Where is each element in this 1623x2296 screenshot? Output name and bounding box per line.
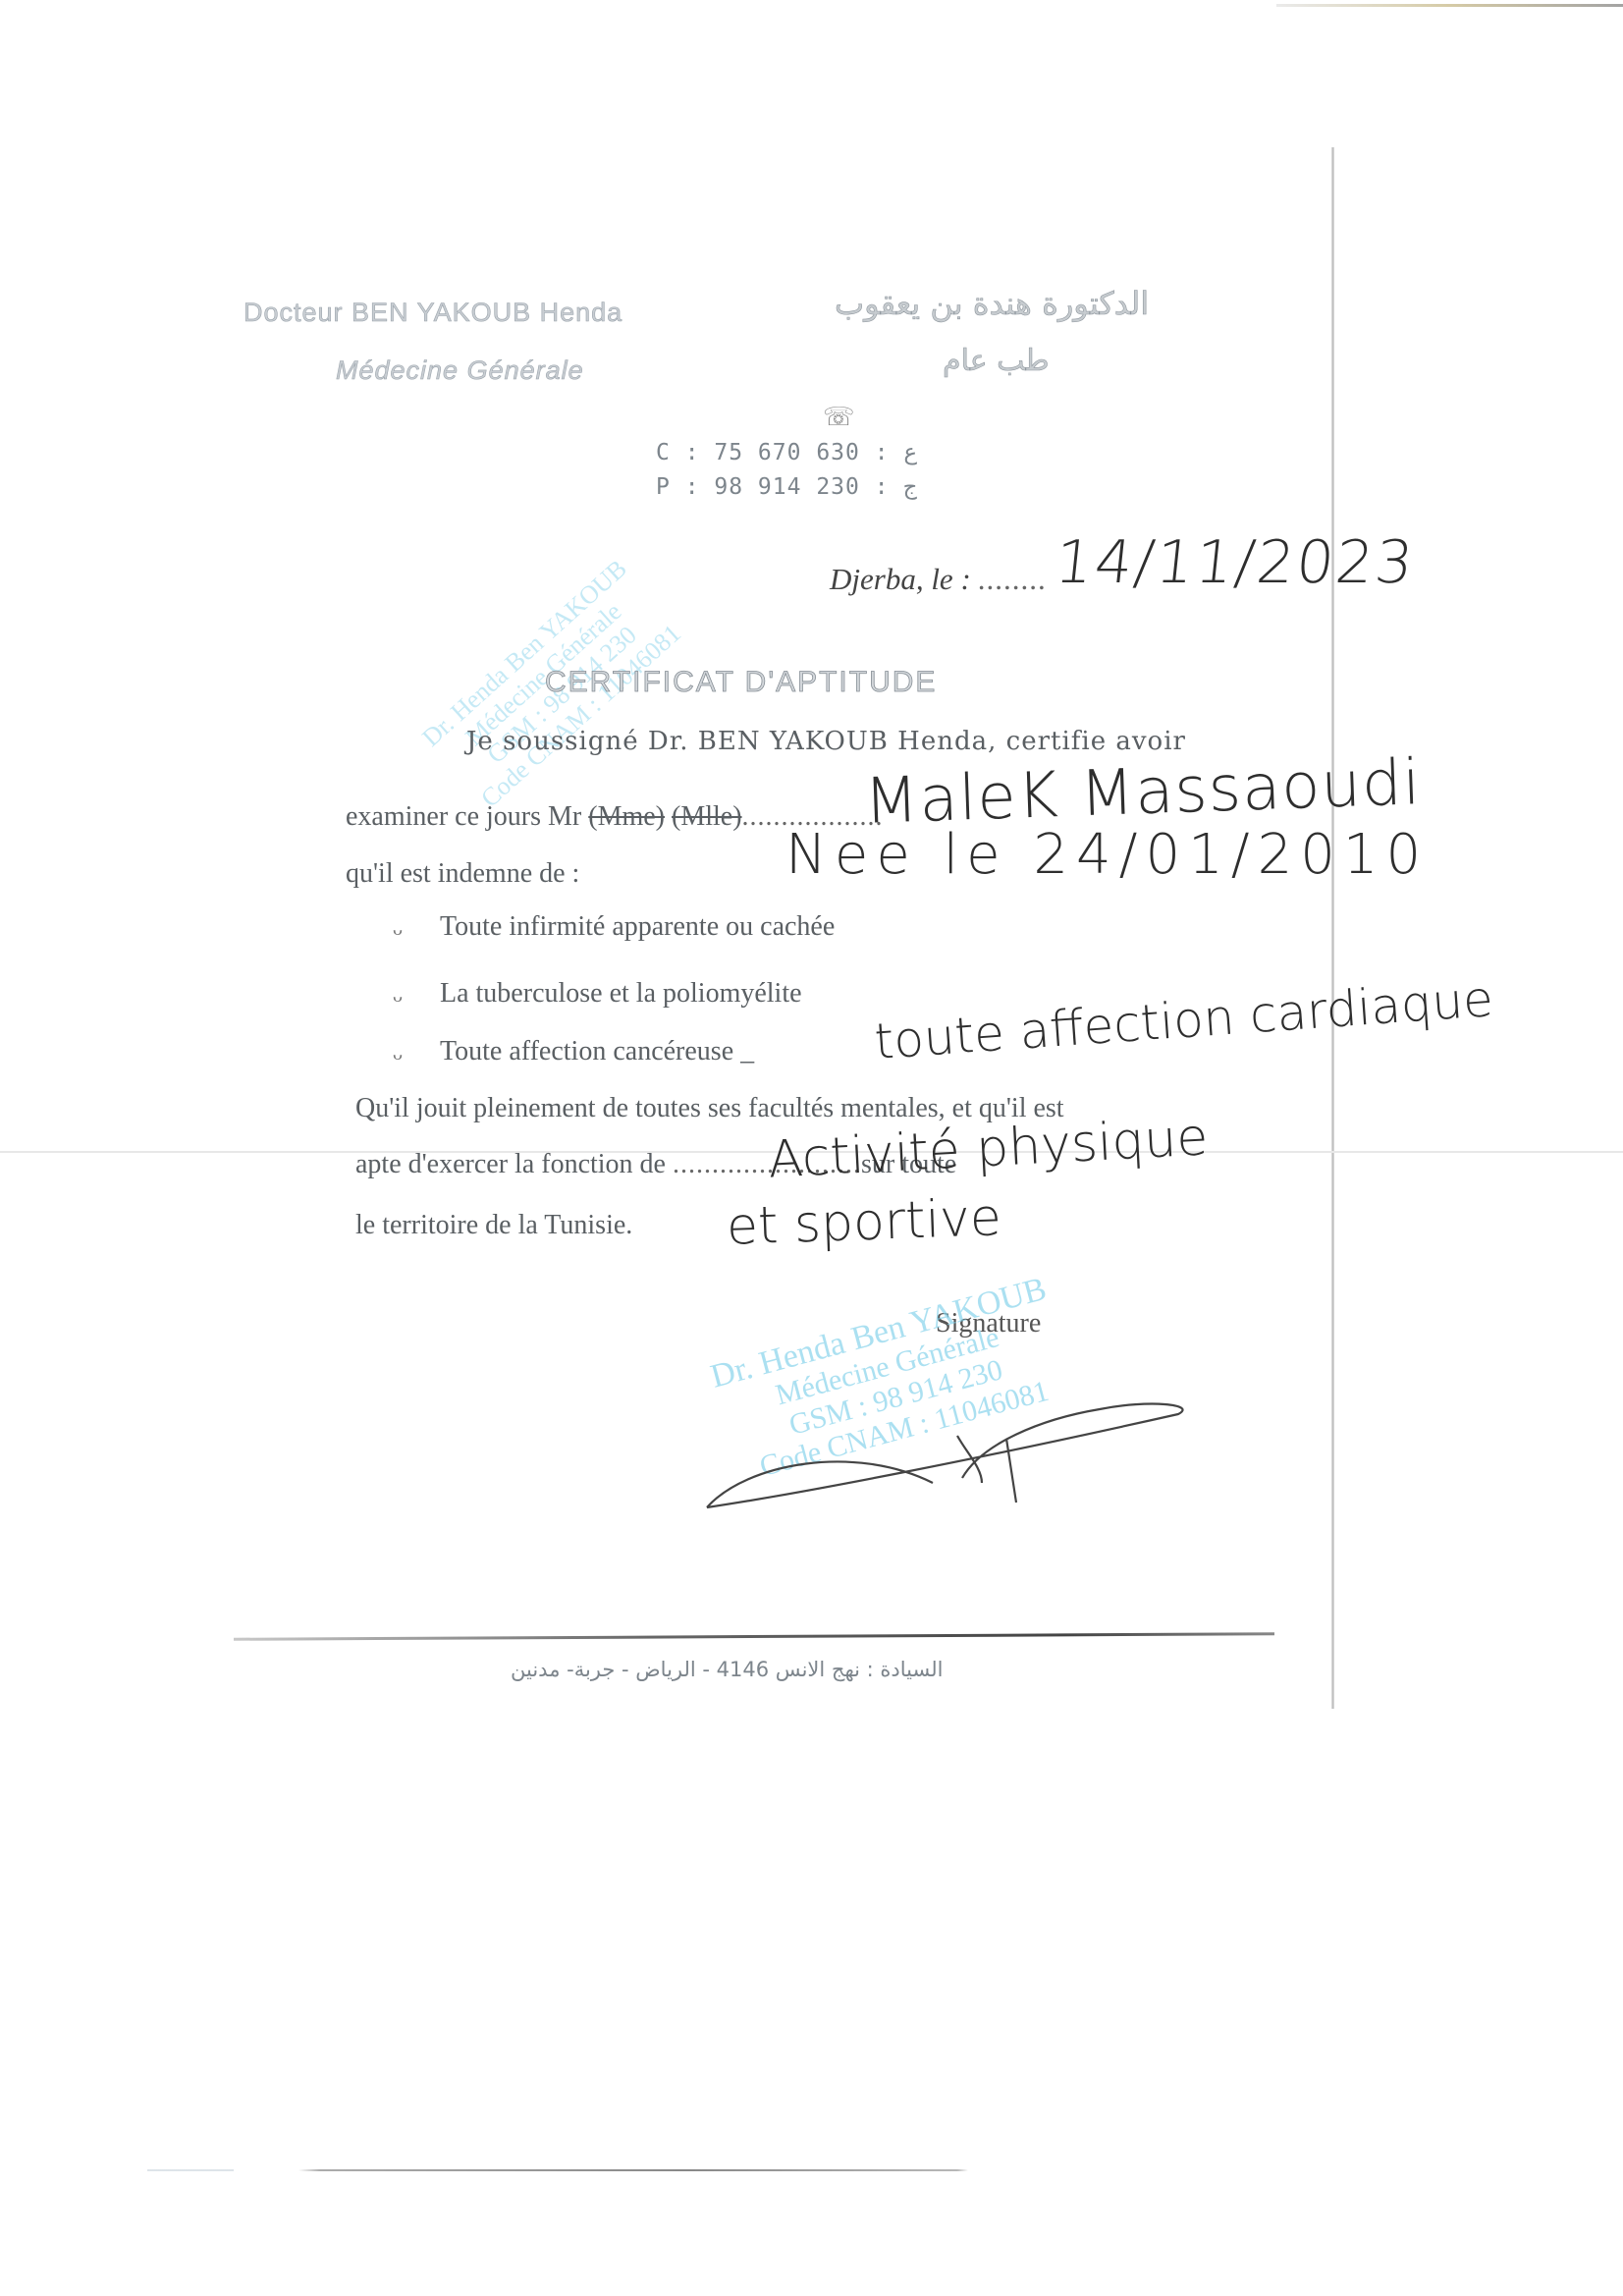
certificate-title: CERTIFICAT D'APTITUDE: [545, 666, 937, 699]
body-line-4: Qu'il jouit pleinement de toutes ses fac…: [355, 1093, 1064, 1124]
telephone-icon: ☏: [823, 403, 855, 432]
bullet-icon: ᴗ: [393, 985, 403, 1008]
body-line-2-prefix: examiner ce jours Mr: [346, 801, 588, 832]
mme-struck: (Mme): [588, 801, 665, 832]
body-line-3: qu'il est indemne de :: [346, 858, 579, 890]
scan-edge: [1276, 4, 1623, 7]
footer-divider: [234, 1632, 1274, 1641]
handwritten-function-2: et sportive: [726, 1188, 1002, 1257]
specialty-ar: طب عام: [943, 344, 1050, 378]
condition-text: La tuberculose et la poliomyélite: [440, 978, 802, 1009]
condition-text: Toute affection cancéreuse _: [440, 1036, 754, 1066]
phone-cabinet: C : 75 670 630 : ع: [656, 440, 917, 465]
body-line-1: Je soussigné Dr. BEN YAKOUB Henda, certi…: [466, 727, 1186, 756]
condition-item: ᴗToute infirmité apparente ou cachée: [393, 911, 835, 943]
scan-bottom-edge: [147, 2169, 1227, 2171]
date-line: Djerba, le : ........: [830, 562, 1048, 597]
doctor-name-fr: Docteur BEN YAKOUB Henda: [243, 298, 622, 328]
phone-portable: P : 98 914 230 : ج: [656, 474, 917, 500]
doctor-name-ar: الدكتورة هندة بن يعقوب: [835, 285, 1149, 322]
body-line-5-prefix: apte d'exercer la fonction de: [355, 1149, 673, 1179]
handwritten-signature: [687, 1385, 1198, 1542]
date-label: Djerba, le :: [830, 562, 971, 596]
handwritten-added-condition: toute affection cardiaque: [873, 970, 1495, 1070]
bullet-icon: ᴗ: [393, 918, 403, 941]
handwritten-date: 14/11/2023: [1052, 528, 1418, 597]
fold-line-vertical: [1331, 147, 1334, 1709]
handwritten-birth-date: Nee le 24/01/2010: [785, 823, 1429, 887]
condition-item: ᴗLa tuberculose et la poliomyélite: [393, 978, 802, 1010]
specialty-fr: Médecine Générale: [336, 355, 584, 386]
condition-text: Toute infirmité apparente ou cachée: [440, 911, 835, 942]
bullet-icon: ᴗ: [393, 1043, 403, 1066]
date-dots: ........: [979, 562, 1048, 596]
footer-address: السيادة : نهج الانس 4146 - الرياض - جربة…: [511, 1658, 943, 1681]
body-line-6: le territoire de la Tunisie.: [355, 1210, 632, 1241]
mlle-struck: (Mlle): [672, 801, 742, 832]
condition-item: ᴗToute affection cancéreuse _: [393, 1036, 754, 1067]
